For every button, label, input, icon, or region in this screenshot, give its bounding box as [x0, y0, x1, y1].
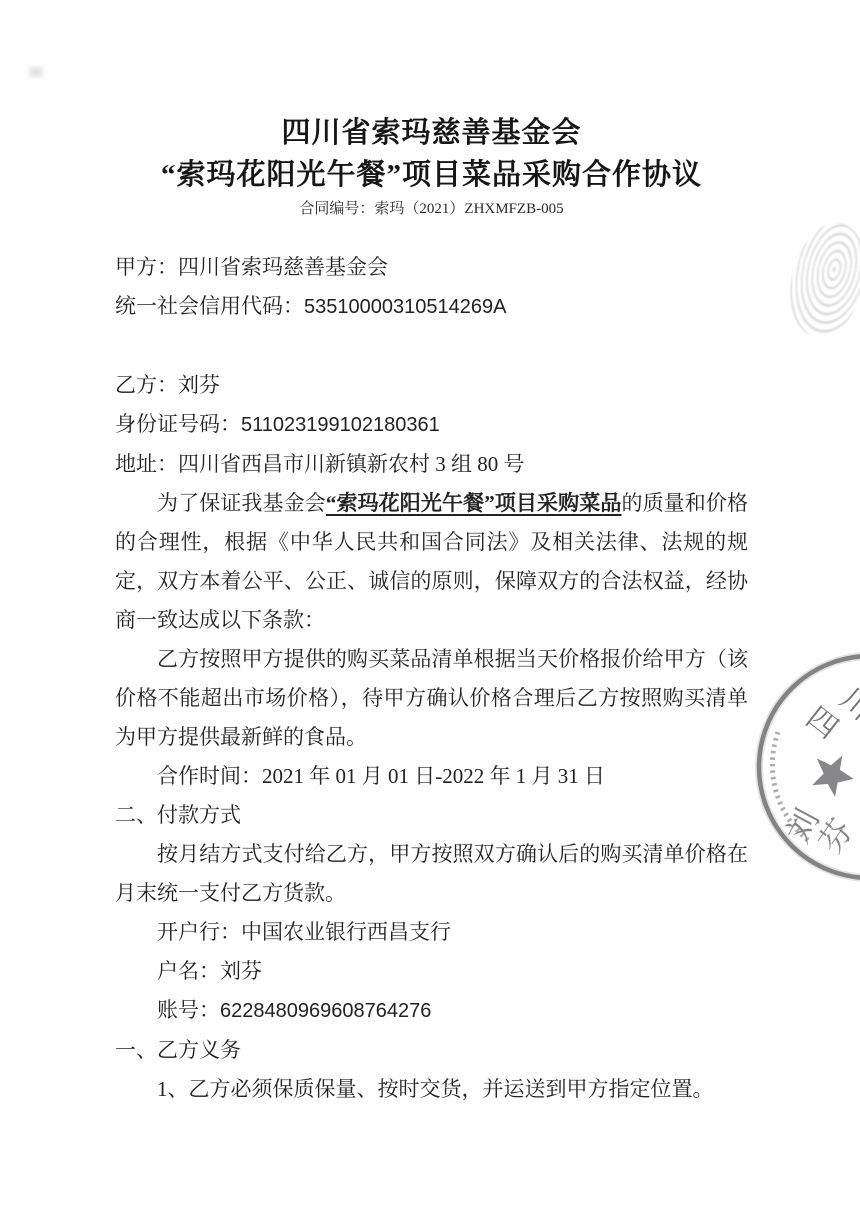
address-label: 地址：	[115, 452, 178, 476]
party-a-line: 甲方：四川省索玛慈善基金会	[115, 248, 748, 287]
account-name-line: 户名：刘芬	[115, 952, 748, 991]
party-b-value: 刘芬	[178, 373, 220, 397]
obligation-clause-1: 1、乙方必须保质保量、按时交货，并运送到甲方指定位置。	[115, 1070, 748, 1109]
document-title-line2: “索玛花阳光午餐”项目菜品采购合作协议	[115, 154, 748, 196]
purpose-project-name: “索玛花阳光午餐”项目采购菜品	[326, 491, 622, 515]
party-a-label: 甲方：	[115, 255, 178, 279]
blank-line	[115, 327, 748, 366]
section-obligation-heading: 一、乙方义务	[115, 1031, 748, 1070]
account-number-line: 账号：6228480969608764276	[115, 991, 748, 1031]
credit-code-value: 53510000310514269A	[304, 296, 506, 318]
official-seal: 四 川 刘 芬	[740, 637, 860, 897]
purpose-paragraph: 为了保证我基金会“索玛花阳光午餐”项目采购菜品的质量和价格的合理性，根据《中华人…	[115, 484, 748, 640]
section-payment-heading: 二、付款方式	[115, 796, 748, 835]
contract-number: 合同编号：索玛（2021）ZHXMFZB-005	[115, 198, 748, 220]
account-number-label: 账号：	[157, 998, 220, 1022]
party-b-label: 乙方：	[115, 373, 178, 397]
account-name-value: 刘芬	[220, 959, 262, 983]
id-number-value: 511023199102180361	[241, 414, 440, 436]
account-number-value: 6228480969608764276	[220, 1000, 431, 1022]
id-number-label: 身份证号码：	[115, 412, 241, 436]
bank-value: 中国农业银行西昌支行	[241, 920, 451, 944]
document-page: 四川省索玛慈善基金会 “索玛花阳光午餐”项目菜品采购合作协议 合同编号：索玛（2…	[0, 0, 860, 1219]
address-value: 四川省西昌市川新镇新农村 3 组 80 号	[178, 452, 525, 476]
document-title-line1: 四川省索玛慈善基金会	[115, 112, 748, 154]
payment-paragraph: 按月结方式支付给乙方，甲方按照双方确认后的购买清单价格在月末统一支付乙方货款。	[115, 835, 748, 913]
purpose-pre: 为了保证我基金会	[157, 491, 326, 515]
paper-speck	[28, 66, 44, 78]
id-number-line: 身份证号码：511023199102180361	[115, 405, 748, 445]
fingerprint-smudge	[779, 215, 860, 345]
account-name-label: 户名：	[157, 959, 220, 983]
cooperation-time-value: 2021 年 01 月 01 日-2022 年 1 月 31 日	[262, 764, 605, 788]
cooperation-time-line: 合作时间：2021 年 01 月 01 日-2022 年 1 月 31 日	[115, 757, 748, 796]
cooperation-time-label: 合作时间：	[157, 764, 262, 788]
pricing-paragraph: 乙方按照甲方提供的购买菜品清单根据当天价格报价给甲方（该价格不能超出市场价格），…	[115, 640, 748, 757]
seal-star-icon	[811, 751, 857, 799]
bank-line: 开户行：中国农业银行西昌支行	[115, 913, 748, 952]
credit-code-label: 统一社会信用代码：	[115, 294, 304, 318]
party-b-line: 乙方：刘芬	[115, 366, 748, 405]
document-content: 四川省索玛慈善基金会 “索玛花阳光午餐”项目菜品采购合作协议 合同编号：索玛（2…	[115, 112, 748, 1109]
bank-label: 开户行：	[157, 920, 241, 944]
address-line: 地址：四川省西昌市川新镇新农村 3 组 80 号	[115, 445, 748, 484]
credit-code-line: 统一社会信用代码：53510000310514269A	[115, 287, 748, 327]
party-a-value: 四川省索玛慈善基金会	[178, 255, 388, 279]
seal-graphic: 四 川 刘 芬	[740, 637, 860, 897]
